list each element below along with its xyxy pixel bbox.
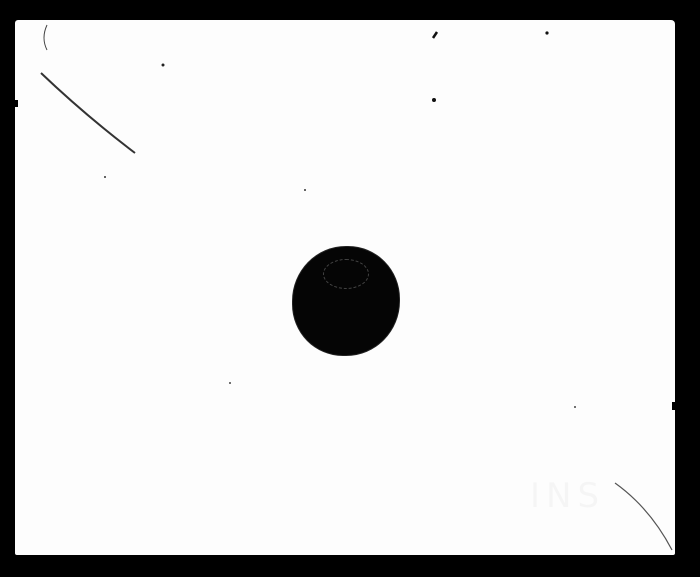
envelope-paper: INS: [15, 20, 675, 555]
seal-emblem: [323, 259, 369, 289]
wax-seal: [293, 247, 399, 355]
edge-notch: [672, 402, 677, 410]
edge-notch: [13, 100, 18, 107]
watermark: INS: [530, 476, 605, 516]
